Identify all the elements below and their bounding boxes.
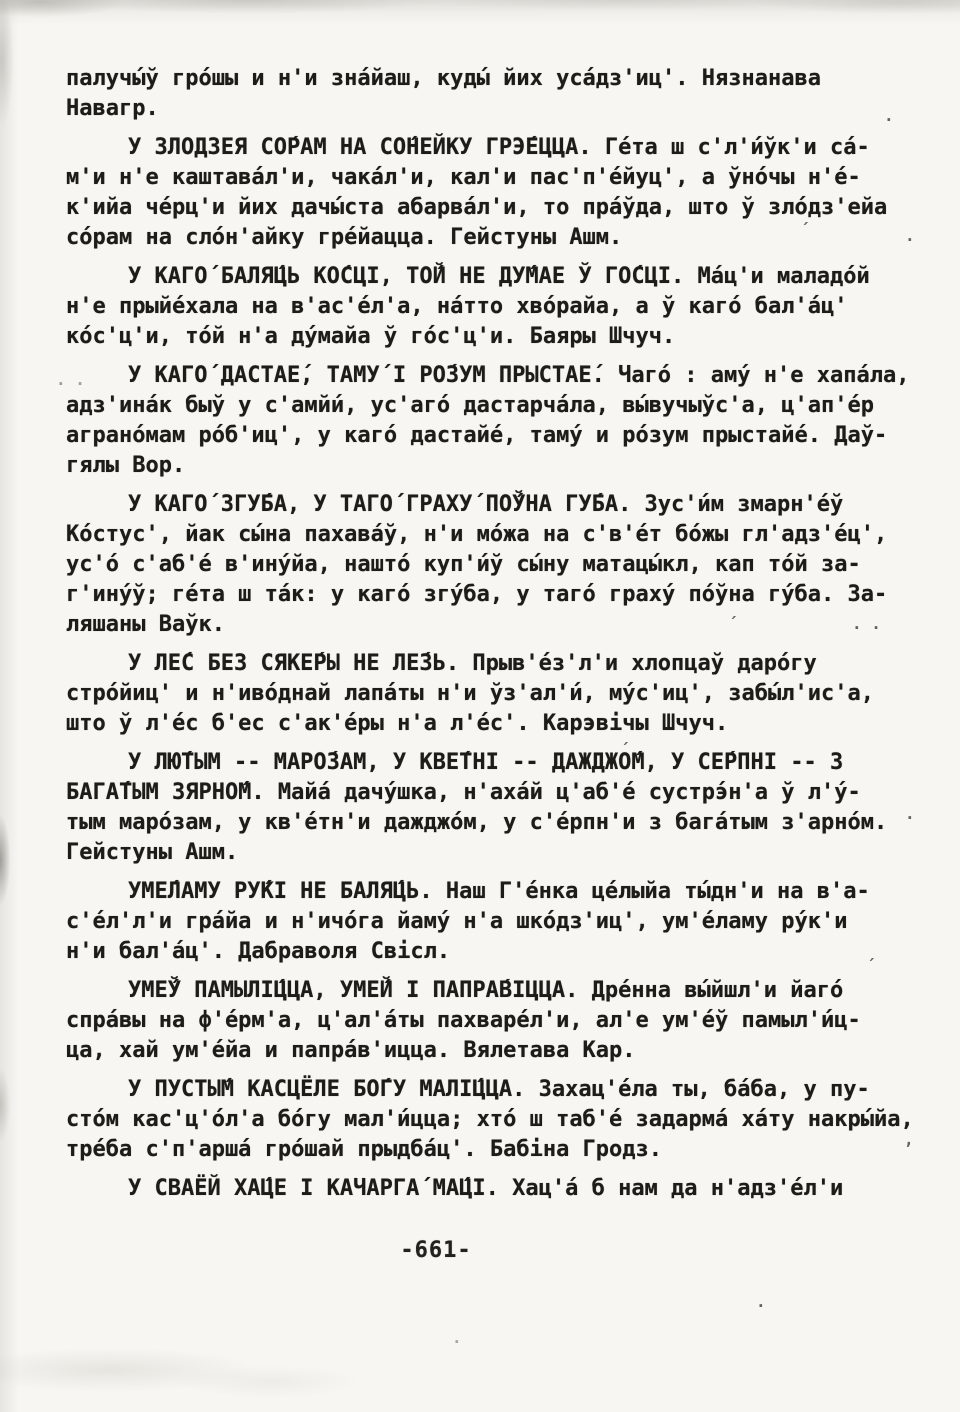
paragraph-6: У ЛЕ́С БЕЗ СЯКЕ́РЫ НЕ ЛЕ́ЗЬ. Прыв'е́з'л'… — [66, 649, 914, 739]
text-line: УМЕ́ЛАМУ РУ́КІ НЕ БАЛЯ́ЦЬ. Наш Г'е́нка ц… — [66, 877, 914, 907]
text-line: спра́вы на ф'е́рм'а, ц'ал'а́ты пахваре́л… — [66, 1006, 914, 1036]
text-line: У КАГО́ БАЛЯ́ЦЬ КО́СЦІ, ТО́Й НЕ ДУ́МАЕ Ў… — [66, 262, 914, 292]
ink-speck: · — [452, 1334, 462, 1350]
text-line: г'ину́ў; ге́та ш та́к: у каго́ згу́ба, у… — [66, 580, 914, 610]
text-line: н'е прыйе́хала на в'ас'е́л'а, на́тто хво… — [66, 292, 914, 322]
text-line: У КАГО́ ДАСТАЕ́, ТАМУ́ І РО́ЗУМ ПРЫСТАЕ́… — [66, 361, 914, 391]
paragraph-2: У ЗЛОДЗЕЯ СО́РАМ НА СО́НЕЙКУ ГРЭ́ЕЦЦА. Г… — [66, 133, 914, 253]
scan-smudge-bottom-left — [0, 1330, 420, 1410]
text-line: БАГА́ТЫМ ЗЯРНО́М. Майа́ дачу́шка, н'аха́… — [66, 778, 914, 808]
text-line: ус'о́ с'аб'е́ в'ину́йа, нашто́ куп'и́ў с… — [66, 550, 914, 580]
text-line: У ЛЕ́С БЕЗ СЯКЕ́РЫ НЕ ЛЕ́ЗЬ. Прыв'е́з'л'… — [66, 649, 914, 679]
paragraph-1: палучы́ў гро́шы и н'и зна́йаш, куды́ йих… — [66, 64, 914, 124]
text-line: м'и н'е каштава́л'и, чака́л'и, кал'и пас… — [66, 163, 914, 193]
text-line: стро́йиц' и н'иво́днай лапа́ты н'и ўз'ал… — [66, 679, 914, 709]
ink-speck: · — [756, 1298, 766, 1314]
paragraph-11: У СВАЁЙ ХА́ЦЕ І КАЧАРГА́ МА́ЦІ. Хац'а́ б… — [66, 1174, 914, 1204]
scan-edge-left — [0, 0, 22, 1412]
paragraph-9: УМЕ́Ў ПАМЫЛІ́ЦЦА, УМЕ́Й І ПАПРА́ВІЦЦА. Д… — [66, 976, 914, 1066]
text-line: тым маро́зам, у кв'е́тн'и дажджо́м, у с'… — [66, 808, 914, 838]
scan-edge-top — [0, 0, 960, 26]
text-line: ляшаны Ваўк. — [66, 610, 914, 640]
text-line: Гейстуны Ашм. — [66, 838, 914, 868]
text-line: к'ийа че́рц'и йих дачы́ста абарва́л'и, т… — [66, 193, 914, 223]
page-number: -661- — [0, 1238, 872, 1263]
text-line: н'и бал'а́ц'. Дабраволя Свісл. — [66, 937, 914, 967]
text-line: тре́ба с'п'арша́ гро́шай прыдба́ц'. Бабі… — [66, 1135, 914, 1165]
text-line: адз'ина́к быў у с'амйи́, ус'аго́ дастарч… — [66, 391, 914, 421]
text-line: со́рам на сло́н'айку гре́йацца. Гейстуны… — [66, 223, 914, 253]
text-line: У КАГО́ ЗГУ́БА, У ТАГО́ ГРАХУ́ ПО́ЎНА ГУ… — [66, 490, 914, 520]
text-block: палучы́ў гро́шы и н'и зна́йаш, куды́ йих… — [66, 64, 914, 1213]
text-line: што ў л'е́с б'ес с'ак'е́ры н'а л'е́с'. К… — [66, 709, 914, 739]
text-line: Навагр. — [66, 94, 914, 124]
text-line: аграно́мам ро́б'иц', у каго́ дастайе́, т… — [66, 421, 914, 451]
text-line: У ПУСТЫ́М КАСЦЁЛЕ БО́ГУ МАЛІ́ЦЦА. Захац'… — [66, 1075, 914, 1105]
paragraph-8: УМЕ́ЛАМУ РУ́КІ НЕ БАЛЯ́ЦЬ. Наш Г'е́нка ц… — [66, 877, 914, 967]
text-line: Ко́стус', йак сы́на пахава́ў, н'и мо́жа … — [66, 520, 914, 550]
paragraph-3: У КАГО́ БАЛЯ́ЦЬ КО́СЦІ, ТО́Й НЕ ДУ́МАЕ Ў… — [66, 262, 914, 352]
text-line: палучы́ў гро́шы и н'и зна́йаш, куды́ йих… — [66, 64, 914, 94]
paragraph-5: У КАГО́ ЗГУ́БА, У ТАГО́ ГРАХУ́ ПО́ЎНА ГУ… — [66, 490, 914, 640]
text-line: У ЗЛОДЗЕЯ СО́РАМ НА СО́НЕЙКУ ГРЭ́ЕЦЦА. Г… — [66, 133, 914, 163]
paragraph-4: У КАГО́ ДАСТАЕ́, ТАМУ́ І РО́ЗУМ ПРЫСТАЕ́… — [66, 361, 914, 481]
paragraph-10: У ПУСТЫ́М КАСЦЁЛЕ БО́ГУ МАЛІ́ЦЦА. Захац'… — [66, 1075, 914, 1165]
text-line: ко́с'ц'и, то́й н'а ду́майа ў го́с'ц'и. Б… — [66, 322, 914, 352]
text-line: ца, хай ум'е́йа и папра́в'ицца. Вялетава… — [66, 1036, 914, 1066]
text-line: УМЕ́Ў ПАМЫЛІ́ЦЦА, УМЕ́Й І ПАПРА́ВІЦЦА. Д… — [66, 976, 914, 1006]
text-line: сто́м кас'ц'о́л'а бо́гу мал'и́цца; хто́ … — [66, 1105, 914, 1135]
text-line: У СВАЁЙ ХА́ЦЕ І КАЧАРГА́ МА́ЦІ. Хац'а́ б… — [66, 1174, 914, 1204]
text-line: гялы Вор. — [66, 451, 914, 481]
text-line: с'е́л'л'и гра́йа и н'ичо́га йаму́ н'а шк… — [66, 907, 914, 937]
text-line: У ЛЮ́ТЫМ -- МАРО́ЗАМ, У КВЕ́ТНІ -- ДАЖДЖ… — [66, 748, 914, 778]
paragraph-7: У ЛЮ́ТЫМ -- МАРО́ЗАМ, У КВЕ́ТНІ -- ДАЖДЖ… — [66, 748, 914, 868]
